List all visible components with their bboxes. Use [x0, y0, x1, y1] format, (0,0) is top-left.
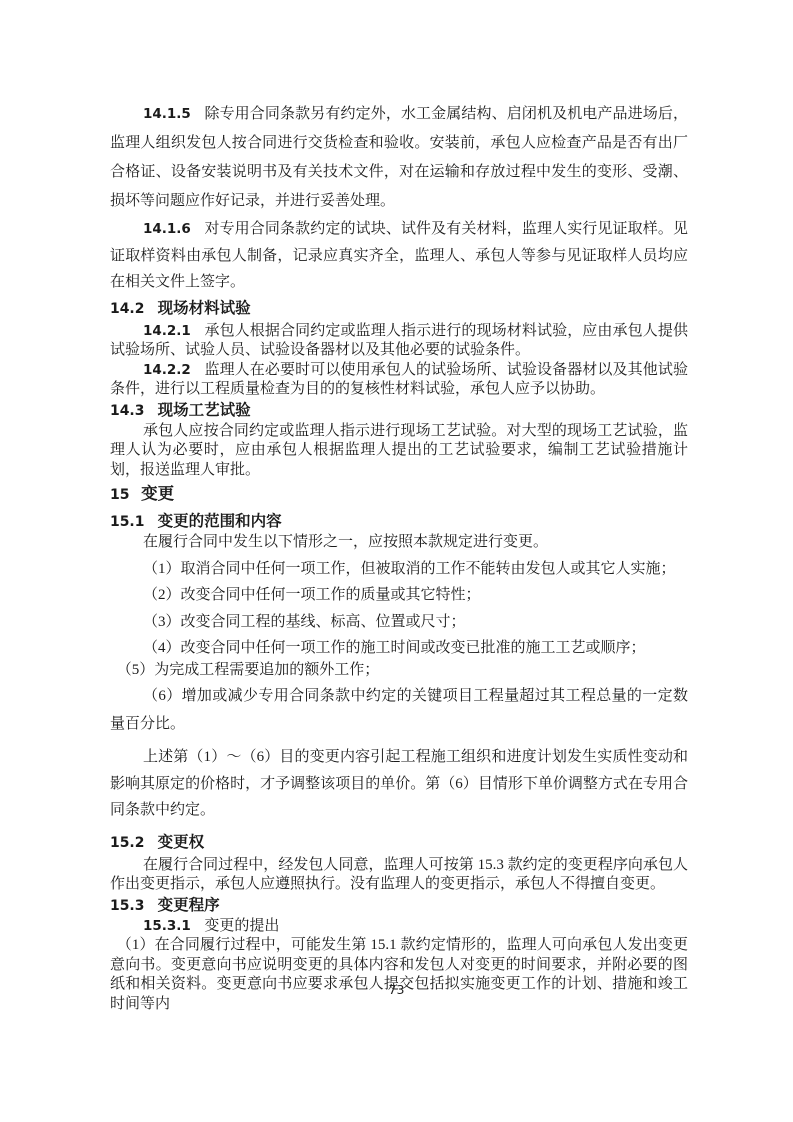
para-15-1-note: 上述第（1）～（6）目的变更内容引起工程施工组织和进度计划发生实质性变动和影响其…: [110, 744, 688, 824]
page-number: 73: [0, 982, 793, 997]
list-item-6: （6）增加或减少专用合同条款中约定的关键项目工程量超过其工程总量的一定数量百分比…: [110, 682, 688, 738]
clause-text: 监理人在必要时可以使用承包人的试验场所、试验设备器材以及其他试验条件，进行以工程…: [110, 362, 688, 398]
heading-title: 变更程序: [158, 897, 220, 914]
subclause-number: 15.3.1: [143, 918, 191, 934]
clause-14-2-1: 14.2.1承包人根据合同约定或监理人指示进行的现场材料试验，应由承包人提供试验…: [110, 322, 688, 361]
para-14-3-body: 承包人应按合同约定或监理人指示进行现场工艺试验。对大型的现场工艺试验，监理人认为…: [110, 422, 688, 481]
list-item-4: （4）改变合同中任何一项工作的施工时间或改变已批准的施工工艺或顺序；: [110, 639, 688, 659]
subclause-15-3-1: 15.3.1变更的提出: [110, 917, 688, 937]
para-15-3-1-body: （1）在合同履行过程中，可能发生第 15.1 款约定情形的，监理人可向承包人发出…: [110, 936, 688, 1014]
clause-14-1-6: 14.1.6对专用合同条款约定的试块、试件及有关材料，监理人实行见证取样。见证取…: [110, 216, 688, 296]
heading-title: 变更的范围和内容: [158, 513, 282, 530]
clause-number: 14.2.2: [143, 362, 191, 378]
subclause-title: 变更的提出: [204, 918, 279, 934]
clause-text: 对专用合同条款约定的试块、试件及有关材料，监理人实行见证取样。见证取样资料由承包…: [110, 221, 688, 290]
list-item-2: （2）改变合同中任何一项工作的质量或其它特性；: [110, 586, 688, 606]
heading-15-2: 15.2变更权: [110, 832, 688, 854]
heading-title: 现场材料试验: [158, 300, 251, 317]
clause-text: 承包人根据合同约定或监理人指示进行的现场材料试验，应由承包人提供试验场所、试验人…: [110, 323, 688, 359]
heading-title: 变更权: [158, 834, 205, 851]
chapter-number: 15: [110, 487, 130, 503]
list-item-5: （5）为完成工程需要追加的额外工作；: [110, 661, 688, 681]
heading-number: 14.2: [110, 301, 144, 317]
heading-number: 15.2: [110, 835, 144, 851]
heading-number: 15.1: [110, 514, 144, 530]
heading-15-3: 15.3变更程序: [110, 895, 688, 917]
clause-number: 14.2.1: [143, 323, 191, 339]
heading-14-2: 14.2现场材料试验: [110, 298, 688, 320]
heading-number: 14.3: [110, 403, 144, 419]
page-content: 14.1.5除专用合同条款另有约定外，水工金属结构、启闭机及机电产品进场后，监理…: [110, 100, 688, 1014]
heading-title: 现场工艺试验: [158, 402, 251, 419]
para-15-2-body: 在履行合同过程中，经发包人同意，监理人可按第 15.3 款约定的变更程序向承包人…: [110, 856, 688, 895]
clause-14-1-5: 14.1.5除专用合同条款另有约定外，水工金属结构、启闭机及机电产品进场后，监理…: [110, 100, 688, 216]
clause-text: 除专用合同条款另有约定外，水工金属结构、启闭机及机电产品进场后，监理人组织发包人…: [110, 106, 688, 209]
chapter-15: 15变更: [110, 482, 688, 507]
list-item-3: （3）改变合同工程的基线、标高、位置或尺寸；: [110, 613, 688, 633]
list-item-1: （1）取消合同中任何一项工作，但被取消的工作不能转由发包人或其它人实施；: [110, 560, 688, 580]
heading-14-3: 14.3现场工艺试验: [110, 400, 688, 422]
para-15-1-intro: 在履行合同中发生以下情形之一，应按照本款规定进行变更。: [110, 533, 688, 553]
clause-number: 14.1.6: [143, 221, 191, 237]
chapter-title: 变更: [141, 484, 174, 503]
clause-14-2-2: 14.2.2监理人在必要时可以使用承包人的试验场所、试验设备器材以及其他试验条件…: [110, 361, 688, 400]
clause-number: 14.1.5: [143, 106, 191, 122]
document-page: { "doc": { "clause_14_1_5": { "num": "14…: [0, 0, 793, 1122]
heading-15-1: 15.1变更的范围和内容: [110, 511, 688, 533]
heading-number: 15.3: [110, 898, 144, 914]
